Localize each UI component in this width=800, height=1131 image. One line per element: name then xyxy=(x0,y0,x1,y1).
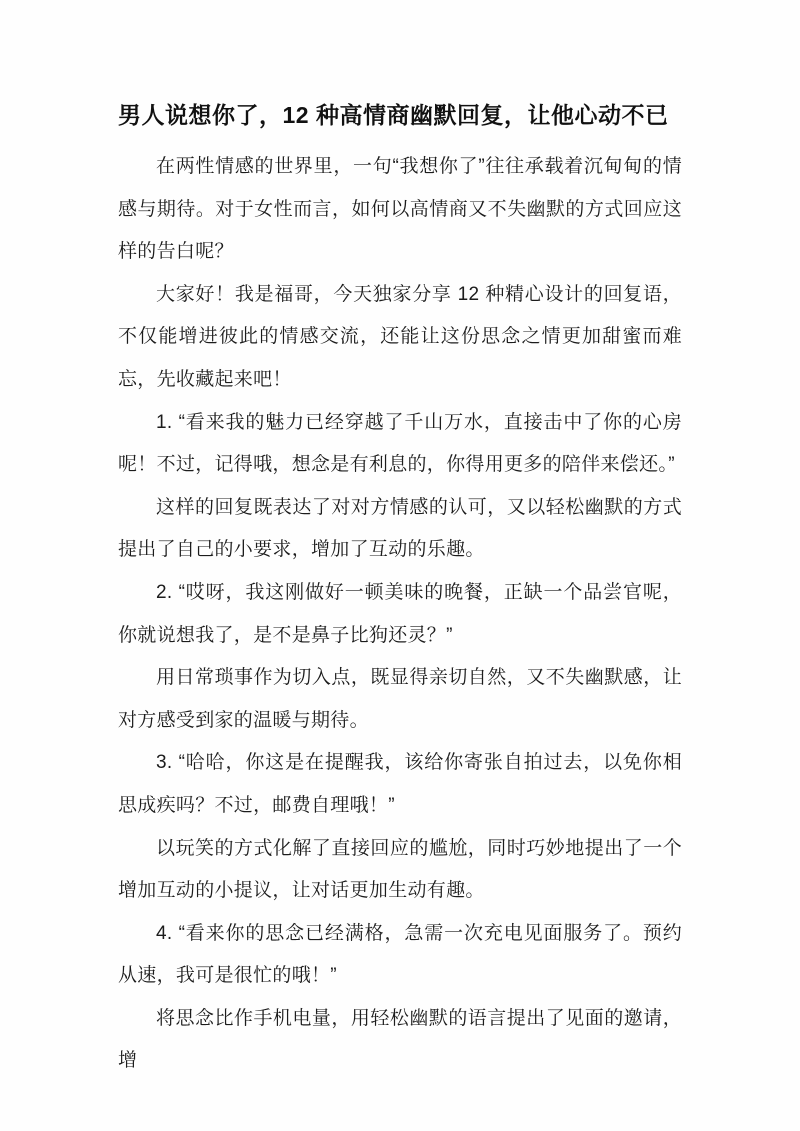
paragraph-reply-1: 1. “看来我的魅力已经穿越了千山万水，直接击中了你的心房呢！不过，记得哦，想念… xyxy=(118,402,682,487)
document-body: 在两性情感的世界里，一句“我想你了”往往承载着沉甸甸的情感与期待。对于女性而言，… xyxy=(118,146,682,1083)
paragraph-reply-3-comment: 以玩笑的方式化解了直接回应的尴尬，同时巧妙地提出了一个增加互动的小提议，让对话更… xyxy=(118,828,682,913)
page-title: 男人说想你了，12 种高情商幽默回复，让他心动不已 xyxy=(118,95,682,135)
paragraph-reply-2: 2. “哎呀，我这刚做好一顿美味的晚餐，正缺一个品尝官呢，你就说想我了，是不是鼻… xyxy=(118,572,682,657)
paragraph-greeting: 大家好！我是福哥，今天独家分享 12 种精心设计的回复语，不仅能增进彼此的情感交… xyxy=(118,274,682,402)
paragraph-reply-3: 3. “哈哈，你这是在提醒我，该给你寄张自拍过去，以免你相思成疾吗？不过，邮费自… xyxy=(118,742,682,827)
paragraph-intro: 在两性情感的世界里，一句“我想你了”往往承载着沉甸甸的情感与期待。对于女性而言，… xyxy=(118,146,682,274)
paragraph-reply-4: 4. “看来你的思念已经满格，急需一次充电见面服务了。预约从速，我可是很忙的哦！… xyxy=(118,913,682,998)
paragraph-reply-1-comment: 这样的回复既表达了对对方情感的认可，又以轻松幽默的方式提出了自己的小要求，增加了… xyxy=(118,487,682,572)
paragraph-reply-4-comment: 将思念比作手机电量，用轻松幽默的语言提出了见面的邀请，增 xyxy=(118,998,682,1083)
paragraph-reply-2-comment: 用日常琐事作为切入点，既显得亲切自然，又不失幽默感，让对方感受到家的温暖与期待。 xyxy=(118,657,682,742)
document-page: 男人说想你了，12 种高情商幽默回复，让他心动不已 在两性情感的世界里，一句“我… xyxy=(0,0,800,1131)
